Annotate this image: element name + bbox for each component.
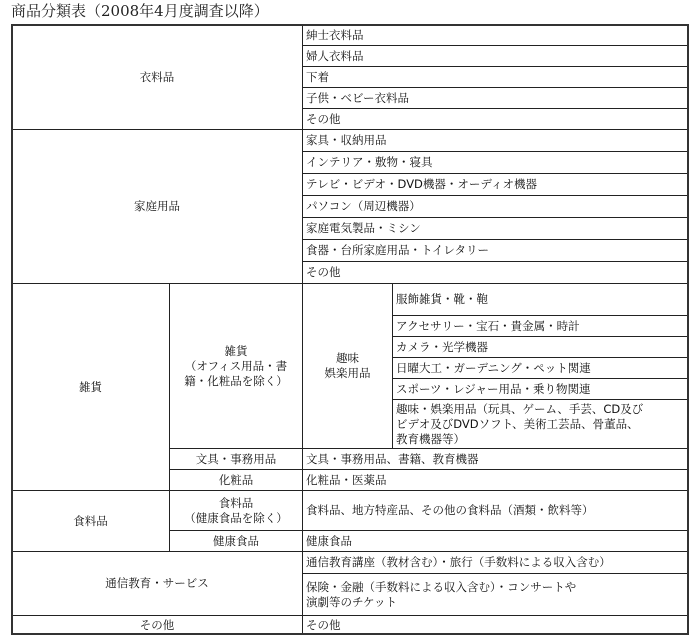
item-household-2: テレビ・ビデオ・DVD機器・オーディオ機器 xyxy=(302,173,689,196)
page-title: 商品分類表（2008年4月度調査以降） xyxy=(11,1,269,21)
item-household-1: インテリア・敷物・寝具 xyxy=(302,151,689,174)
group-hobby-entertainment: 趣味 娯楽用品 xyxy=(302,283,393,449)
category-other: その他 xyxy=(11,615,303,635)
category-food: 食料品 xyxy=(11,490,170,552)
item-household-0: 家具・収納用品 xyxy=(302,129,689,152)
item-stationery: 文具・事務用品、書籍、教育機器 xyxy=(302,448,689,470)
category-household: 家庭用品 xyxy=(11,129,303,284)
item-clothing-4: その他 xyxy=(302,108,689,130)
subcategory-health-food: 健康食品 xyxy=(169,530,303,552)
item-other: その他 xyxy=(302,615,689,635)
item-clothing-1: 婦人衣料品 xyxy=(302,45,689,67)
subcategory-stationery: 文具・事務用品 xyxy=(169,448,303,470)
item-health-food: 健康食品 xyxy=(302,530,689,552)
subcategory-food-general: 食料品 （健康食品を除く） xyxy=(169,490,303,531)
item-household-3: パソコン（周辺機器） xyxy=(302,195,689,218)
item-household-5: 食器・台所家庭用品・トイレタリー xyxy=(302,239,689,262)
item-goods-0: 服飾雑貨・靴・鞄 xyxy=(392,283,689,316)
classification-table: 衣料品 紳士衣料品 婦人衣料品 下着 子供・ベビー衣料品 その他 家庭用品 家具… xyxy=(11,24,689,635)
item-services-1: 保険・金融（手数料による収入含む）・コンサートや 演劇等のチケット xyxy=(302,573,689,616)
category-clothing: 衣料品 xyxy=(11,24,303,130)
item-cosmetics: 化粧品・医薬品 xyxy=(302,469,689,491)
item-household-4: 家庭電気製品・ミシン xyxy=(302,217,689,240)
item-clothing-2: 下着 xyxy=(302,66,689,88)
category-goods: 雑貨 xyxy=(11,283,170,491)
item-clothing-0: 紳士衣料品 xyxy=(302,24,689,46)
item-goods-1: アクセサリー・宝石・貴金属・時計 xyxy=(392,315,689,337)
category-services: 通信教育・サービス xyxy=(11,551,303,616)
item-services-0: 通信教育講座（教材含む）・旅行（手数料による収入含む） xyxy=(302,551,689,574)
item-goods-2: カメラ・光学機器 xyxy=(392,336,689,358)
subcategory-goods-general: 雑貨 （オフィス用品・書 籍・化粧品を除く） xyxy=(169,283,303,449)
item-household-6: その他 xyxy=(302,261,689,284)
item-clothing-3: 子供・ベビー衣料品 xyxy=(302,87,689,109)
item-goods-4: スポーツ・レジャー用品・乗り物関連 xyxy=(392,378,689,400)
subcategory-cosmetics: 化粧品 xyxy=(169,469,303,491)
item-goods-5: 趣味・娯楽用品（玩具、ゲーム、手芸、CD及び ビデオ及びDVDソフト、美術工芸品… xyxy=(392,399,689,449)
item-goods-3: 日曜大工・ガーデニング・ペット関連 xyxy=(392,357,689,379)
item-food-general: 食料品、地方特産品、その他の食料品（酒類・飲料等） xyxy=(302,490,689,531)
